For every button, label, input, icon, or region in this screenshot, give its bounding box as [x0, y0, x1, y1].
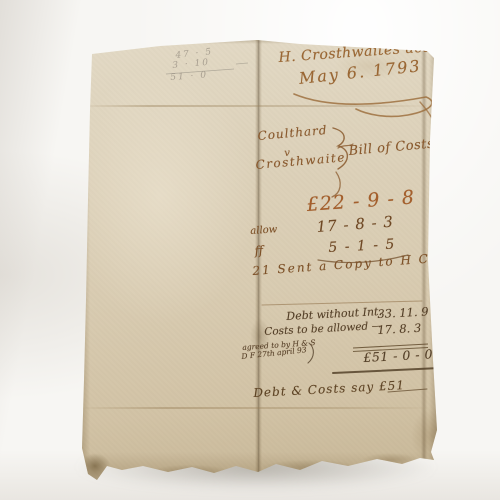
costs-value: 17. 8. 3: [377, 321, 422, 337]
debt-value: 33. 11. 9: [377, 304, 429, 321]
costs-label: Costs to be allowed —: [264, 320, 382, 338]
left-edge-shading: [82, 46, 90, 476]
net-value: 5 - 1 - 5: [328, 236, 396, 256]
pencil-sum-row-3: 51 · 0: [170, 70, 208, 83]
horizontal-crease-lower: [76, 407, 434, 409]
allow-label: allow: [250, 224, 278, 237]
summary-line: Debt & Costs say £51: [253, 378, 405, 400]
net-label: ff: [254, 243, 264, 258]
pencil-sum-row-2: 3 · 10: [172, 58, 210, 71]
manuscript-paper: 47 · 5 3 · 10 51 · 0 H. Crosthwaites acd…: [70, 36, 440, 488]
photo-of-manuscript: 47 · 5 3 · 10 51 · 0 H. Crosthwaites acd…: [0, 0, 500, 500]
horizontal-crease-upper: [78, 105, 432, 107]
bill-total: £22 - 9 - 8: [306, 186, 416, 216]
section-rule: [262, 301, 422, 305]
party-plaintiff: Coulthard: [257, 123, 328, 143]
right-edge-shading: [429, 50, 438, 480]
center-fold-crease: [255, 36, 262, 488]
copy-sent-note: 21 Sent a Copy to H C: [252, 252, 430, 278]
allow-value: 17 - 8 - 3: [316, 213, 394, 236]
top-edge-shading: [80, 38, 436, 44]
party-defendant: Crosthwaite: [255, 150, 346, 172]
pencil-dash: [236, 63, 248, 64]
